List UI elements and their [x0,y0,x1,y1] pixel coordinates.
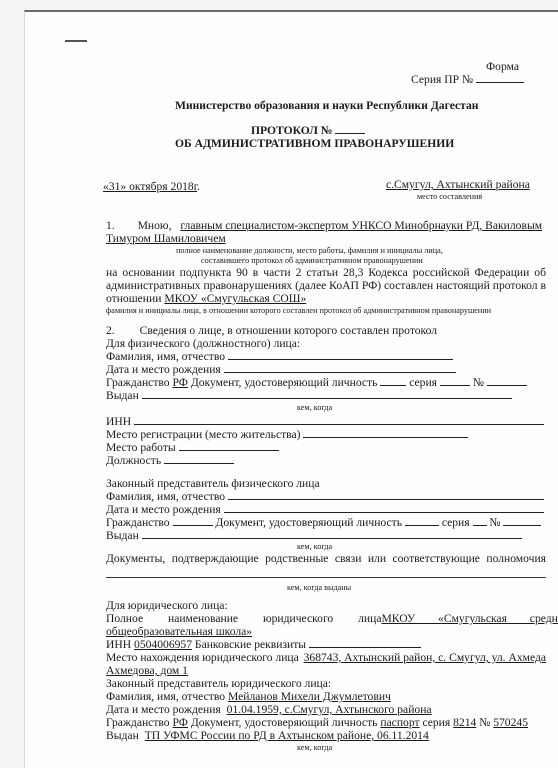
series-label: Серия ПР № [411,73,473,86]
individual-rep-issued-caption: кем, когда [297,542,332,552]
legal-rep-fio-value: Мейланов Михели Джумлетович [228,690,391,703]
legal-entity-name-label: Полное наименование юридического лица [106,612,381,625]
individual-rep-issued-blank [142,529,522,539]
author-caption-line1: полное наименование должности, место раб… [176,246,443,256]
author-value-line2: Тимуром Шамиловичем [106,232,226,245]
place-value: с.Смугул, Ахтынский района [386,178,530,191]
individual-rep-birth-blank [224,503,544,513]
section2-heading: 2. Сведения о лице, в отношении которого… [106,324,437,337]
individual-series-label: серия [409,376,437,389]
legal-entity-location-value-line1: 368743, Ахтынский район, с. Смугул, ул. … [304,651,546,664]
legal-rep-fio-field: Фамилия, имя, отчество Мейланов Михели Д… [106,690,391,703]
individual-fio-blank [228,350,453,360]
legal-rep-heading: Законный представитель юридического лица… [106,677,331,690]
individual-registration-blank [303,428,468,438]
ministry-title: Министерство образования и науки Республ… [175,99,478,112]
individual-citizenship-value: РФ [173,376,188,389]
individual-rep-number-label: № [489,516,500,529]
by-me-text: Мною, [138,219,172,232]
section2-number: 2. [106,324,115,337]
individual-birth-label: Дата и место рождения [106,363,221,376]
legal-rep-issued-value: ТП УФМС России по РД в Ахтынском районе,… [145,729,429,742]
legal-rep-issued-caption: кем, когда [297,743,332,753]
individual-issued-blank [142,389,512,399]
individual-birth-blank [224,363,456,373]
individual-rep-fio-blank [228,490,544,500]
section1-author-line1: 1. Мною, главным специалистом-экспертом … [106,219,546,232]
legal-entity-inn-value: 0504006957 [134,638,192,651]
individual-registration-field: Место регистрации (место жительства) [106,428,468,441]
individual-position-label: Должность [106,454,161,467]
individual-rep-number-blank [503,516,541,526]
author-value-line1: главным специалистом-экспертом УНКСО Мин… [180,219,542,232]
series-blank [476,73,524,83]
legal-rep-fio-label: Фамилия, имя, отчество [106,690,225,703]
legal-rep-number-label: № [479,716,490,729]
individual-rep-issued-label: Выдан [106,529,139,542]
date-suffix: . [197,180,200,193]
protocol-date: «31» октября 2018г. [103,180,200,193]
legal-entity-bank-blank [309,638,421,648]
legal-entity-name-field: Полное наименование юридического лица МК… [106,612,546,625]
individual-fio-field: Фамилия, имя, отчество [106,350,453,363]
individual-fio-label: Фамилия, имя, отчество [106,350,225,363]
individual-inn-blank [134,415,544,425]
legal-rep-birth-field: Дата и место рождения 01.04.1959, с.Смуг… [106,703,432,716]
individual-work-blank [179,441,279,451]
individual-rep-issued-field: Выдан [106,529,522,542]
legal-entity-inn-field: ИНН 0504006957 Банковские реквизиты [106,638,421,651]
legal-rep-series-value: 8214 [453,716,476,729]
individual-rep-docs-blank [106,577,546,578]
place-caption: место составления [417,192,482,202]
individual-rep-doc-label: Документ, удостоверяющий личность [215,516,402,529]
legal-entity-inn-label: ИНН [106,638,131,651]
individual-rep-series-blank [473,516,487,526]
individual-series-blank [440,376,470,386]
individual-issued-caption: кем, когда [297,403,332,413]
individual-rep-birth-field: Дата и место рождения [106,503,544,516]
section1-number: 1. [106,219,115,232]
individual-rep-fio-field: Фамилия, имя, отчество [106,490,544,503]
individual-citizenship-label: Гражданство [106,376,170,389]
individual-rep-docs-caption: кем, когда выданы [287,583,351,593]
legal-entity-bank-label: Банковские реквизиты [195,638,306,651]
individual-birth-field: Дата и место рождения [106,363,456,376]
individual-rep-citizenship-blank [173,516,213,526]
individual-rep-heading: Законный представитель физического лица [106,477,320,490]
legal-rep-birth-value: 01.04.1959, с.Смугул, Ахтынского района [227,703,432,716]
individual-rep-series-label: серия [442,516,470,529]
individual-rep-doc-blank [405,516,439,526]
scan-mark [65,40,87,42]
legal-rep-number-value: 570245 [493,716,528,729]
protocol-subtitle: ОБ АДМИНИСТРАТИВНОМ ПРАВОНАРУШЕНИИ [175,137,454,150]
individual-number-label: № [473,376,484,389]
legal-rep-doc-value: паспорт [380,716,419,729]
individual-inn-field: ИНН [106,415,544,428]
legal-rep-issued-label: Выдан [106,729,139,742]
legal-rep-series-label: серия [422,716,450,729]
legal-entity-name-value-line2: общеобразовательная школа» [106,625,252,638]
individual-position-blank [164,454,234,464]
individual-doc-label: Документ, удостоверяющий личность [191,376,378,389]
individual-work-label: Место работы [106,441,176,454]
author-caption-line2: составившего протокол об административно… [201,256,423,266]
legal-entity-location-value-line2: Ахмедова, дом 1 [106,664,188,677]
individual-number-blank [487,376,527,386]
legal-rep-issued-field: Выдан ТП УФМС России по РД в Ахтынском р… [106,729,429,742]
legal-rep-citizenship-value: РФ [173,716,188,729]
individual-work-field: Место работы [106,441,279,454]
individual-rep-doc-field: Гражданство Документ, удостоверяющий лич… [106,516,541,529]
regarding-value: МКОУ «Смугульская СОШ» [164,292,306,305]
individual-heading: Для физического (должностного) лица: [106,337,300,350]
protocol-title: ПРОТОКОЛ № [251,124,365,137]
individual-inn-label: ИНН [106,415,131,428]
regarding-line: отношении МКОУ «Смугульская СОШ» [106,292,306,305]
individual-position-field: Должность [106,454,234,467]
regarding-label: отношении [106,292,161,305]
legal-rep-citizenship-label: Гражданство [106,716,170,729]
legal-rep-birth-label: Дата и место рождения [106,703,221,716]
protocol-title-text: ПРОТОКОЛ № [251,124,332,137]
basis-line2: административных правонарушениях (далее … [106,279,546,292]
individual-doc-blank [380,376,406,386]
protocol-number-blank [335,124,365,134]
date-value: «31» октября 2018г [103,180,197,193]
individual-rep-docs-label: Документы, подтверждающие родственные св… [106,552,546,565]
individual-rep-birth-label: Дата и место рождения [106,503,221,516]
legal-entity-heading: Для юридического лица: [106,599,228,612]
individual-doc-field: Гражданство РФ Документ, удостоверяющий … [106,376,527,389]
legal-entity-location-label: Место нахождения юридического лица [106,651,299,664]
document-page: Форма Серия ПР № Министерство образовани… [24,10,558,768]
individual-registration-label: Место регистрации (место жительства) [106,428,300,441]
basis-line1: на основании подпункта 90 в части 2 стат… [106,266,546,279]
individual-issued-field: Выдан [106,389,512,402]
legal-entity-name-value-line1: МКОУ «Смугульская средняя [381,612,558,625]
form-label: Форма [486,60,519,73]
individual-rep-fio-label: Фамилия, имя, отчество [106,490,225,503]
individual-issued-label: Выдан [106,389,139,402]
regarding-caption: фамилия и инициалы лица, в отношении кот… [106,306,491,316]
legal-rep-doc-label: Документ, удостоверяющий личность [191,716,378,729]
individual-rep-citizenship-label: Гражданство [106,516,170,529]
legal-entity-location-field: Место нахождения юридического лица 36874… [106,651,546,664]
legal-rep-doc-field: Гражданство РФ Документ, удостоверяющий … [106,716,528,729]
section2-heading-text: Сведения о лице, в отношении которого со… [140,324,437,337]
series-field: Серия ПР № [411,73,524,86]
